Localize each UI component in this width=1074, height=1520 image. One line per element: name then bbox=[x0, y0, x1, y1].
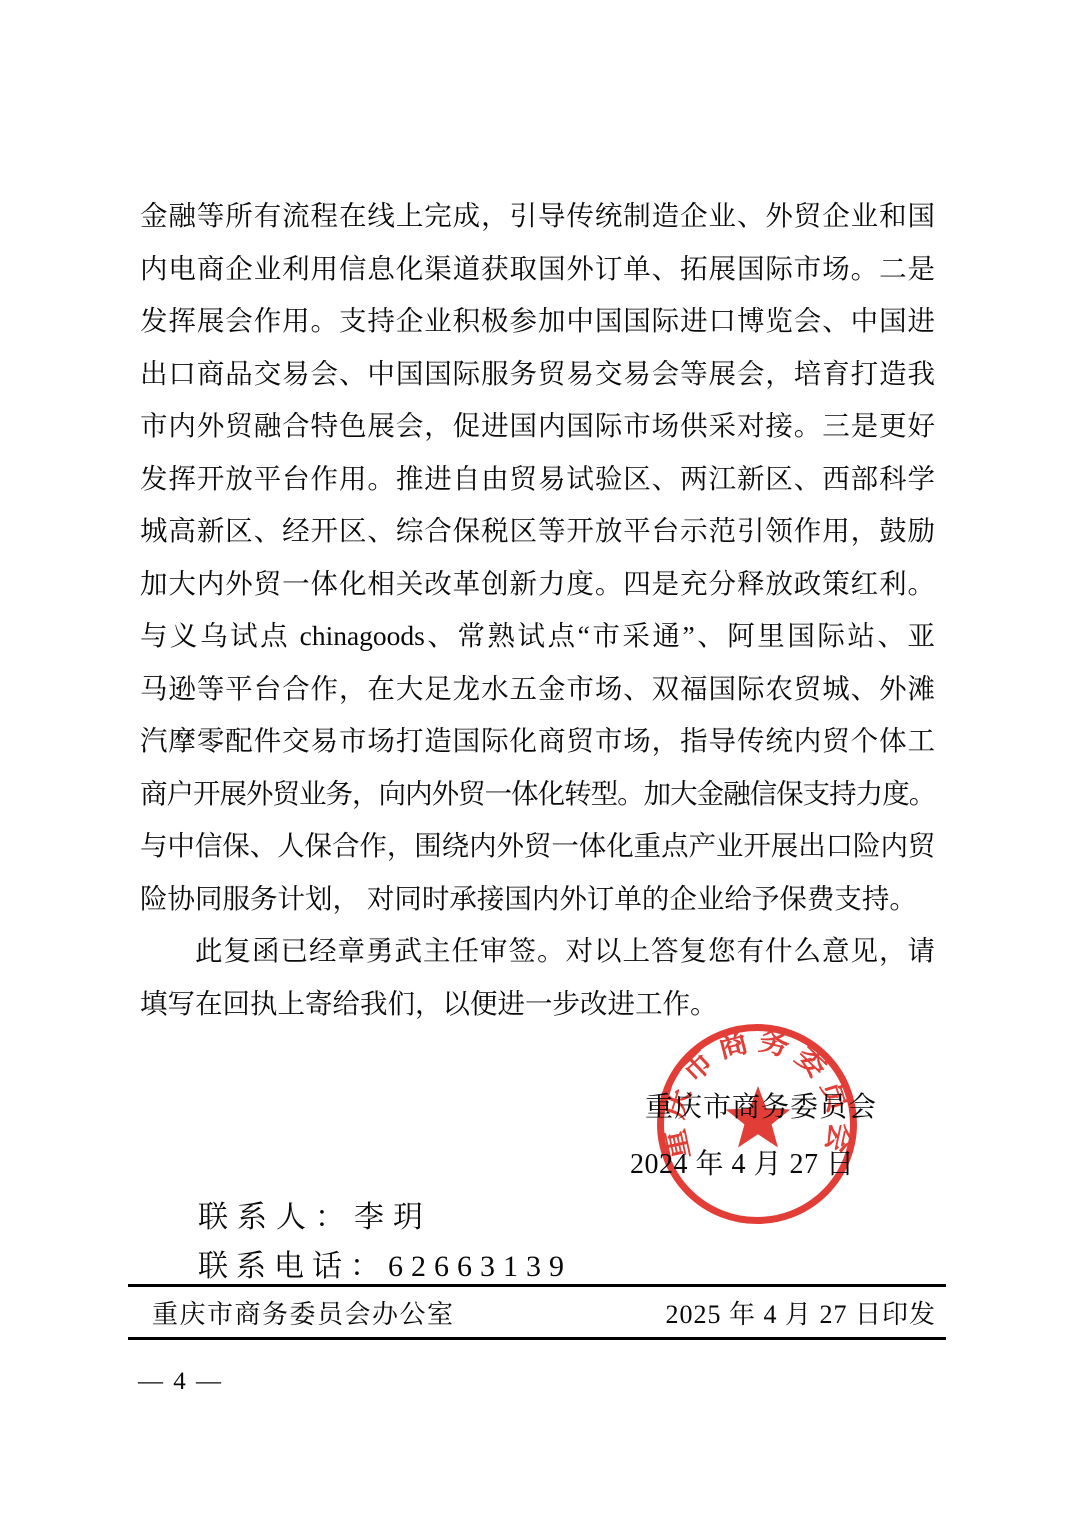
body-line: 发挥开放平台作用。推进自由贸易试验区、两江新区、西部科学 bbox=[140, 453, 935, 506]
body-line: 发挥展会作用。支持企业积极参加中国国际进口博览会、中国进 bbox=[140, 295, 935, 348]
body-line: 内电商企业利用信息化渠道获取国外订单、拓展国际市场。二是 bbox=[140, 243, 935, 296]
body-line: 商户开展外贸业务，向内外贸一体化转型。加大金融信保支持力度。 bbox=[140, 768, 935, 821]
stamp-star-icon bbox=[726, 1086, 791, 1148]
body-line: 与中信保、人保合作，围绕内外贸一体化重点产业开展出口险内贸 bbox=[140, 820, 935, 873]
body-line: 城高新区、经开区、综合保税区等开放平台示范引领作用，鼓励 bbox=[140, 505, 935, 558]
body-line: 此复函已经章勇武主任审签。对以上答复您有什么意见，请 bbox=[140, 925, 935, 978]
body-line: 与义乌试点 chinagoods、常熟试点“市采通”、阿里国际站、亚 bbox=[140, 610, 935, 663]
body-line: 加大内外贸一体化相关改革创新力度。四是充分释放政策红利。 bbox=[140, 558, 935, 611]
body-text: 金融等所有流程在线上完成，引导传统制造企业、外贸企业和国 内电商企业利用信息化渠… bbox=[140, 190, 935, 1030]
contact-phone: 联系电话：62663139 bbox=[198, 1241, 572, 1285]
body-line: 出口商品交易会、中国国际服务贸易交易会等展会，培育打造我 bbox=[140, 348, 935, 401]
body-line: 金融等所有流程在线上完成，引导传统制造企业、外贸企业和国 bbox=[140, 190, 935, 243]
contact-person: 联系人：李玥 bbox=[198, 1192, 432, 1236]
document-page: 金融等所有流程在线上完成，引导传统制造企业、外贸企业和国 内电商企业利用信息化渠… bbox=[0, 0, 1074, 1520]
footer-print-date: 2025 年 4 月 27 日印发 bbox=[665, 1294, 936, 1331]
footer-imprint-block: 重庆市商务委员会办公室 2025 年 4 月 27 日印发 bbox=[128, 1284, 946, 1340]
official-seal-stamp-icon: 重庆市商务委员会 bbox=[647, 1014, 867, 1234]
body-line: 险协同服务计划， 对同时承接国内外订单的企业给予保费支持。 bbox=[140, 873, 935, 926]
body-line: 汽摩零配件交易市场打造国际化商贸市场，指导传统内贸个体工 bbox=[140, 715, 935, 768]
body-line: 马逊等平台合作，在大足龙水五金市场、双福国际农贸城、外滩 bbox=[140, 663, 935, 716]
page-number: — 4 — bbox=[138, 1368, 223, 1396]
body-line: 市内外贸融合特色展会，促进国内国际市场供采对接。三是更好 bbox=[140, 400, 935, 453]
footer-issuing-office: 重庆市商务委员会办公室 bbox=[152, 1294, 455, 1331]
